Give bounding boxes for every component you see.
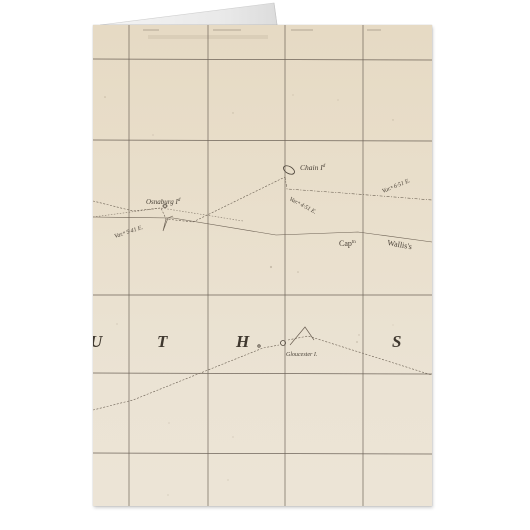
ocean-letter-h: H xyxy=(235,332,250,351)
chain-island-icon xyxy=(282,164,296,176)
ghost-title-text xyxy=(143,29,381,39)
card-front: Chain Id Osnaburg Id Var.ⁿ 4·51 E. Var.ⁿ… xyxy=(93,25,432,506)
ship-routes xyxy=(93,177,432,410)
captain-label: Captn xyxy=(339,239,356,248)
wallis-label: Wallis's xyxy=(387,238,413,251)
map-grid xyxy=(93,25,432,506)
variation-label-chain: Var.ⁿ 4·51 E. xyxy=(288,196,318,216)
variation-label-right: Var.ⁿ 6·51 E. xyxy=(382,178,412,195)
ocean-letter-t: T xyxy=(157,332,168,351)
antique-map: Chain Id Osnaburg Id Var.ⁿ 4·51 E. Var.ⁿ… xyxy=(93,25,432,506)
ocean-letter-s: S xyxy=(392,332,401,351)
card-mockup: Chain Id Osnaburg Id Var.ⁿ 4·51 E. Var.ⁿ… xyxy=(0,0,530,530)
osnaburg-island-label: Osnaburg Id xyxy=(146,198,181,206)
island-markers xyxy=(163,164,296,347)
chain-island-label: Chain Id xyxy=(300,163,326,172)
ocean-letter-partial: U xyxy=(93,332,103,351)
gloucester-island-label: Gloucester I. xyxy=(286,352,317,358)
